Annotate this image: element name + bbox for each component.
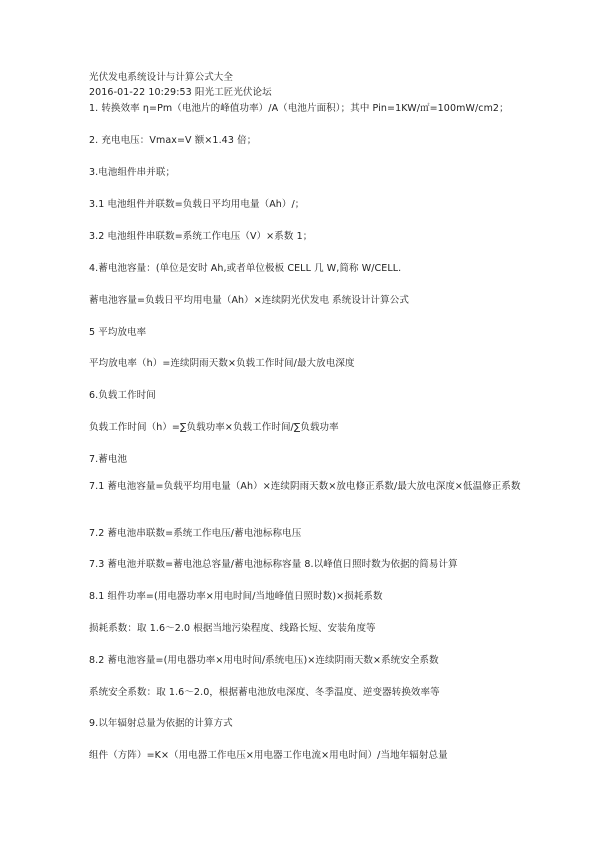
- document-page: 光伏发电系统设计与计算公式大全 2016-01-22 10:29:53 阳光工匠…: [0, 0, 596, 842]
- paragraph-4: 4.蓄电池容量：(单位是安时 Ah,或者单位极板 CELL 几 W,简称 W/C…: [89, 261, 529, 276]
- paragraph-4-formula: 蓄电池容量=负载日平均用电量（Ah）×连续阴光伏发电 系统设计计算公式: [89, 293, 529, 308]
- paragraph-7-2: 7.2 蓄电池串联数=系统工作电压/蓄电池标称电压: [89, 526, 529, 541]
- paragraph-5-formula: 平均放电率（h）=连续阴雨天数×负载工作时间/最大放电深度: [89, 356, 529, 371]
- paragraph-loss-factor: 损耗系数：取 1.6～2.0 根据当地污染程度、线路长短、安装角度等: [89, 621, 529, 636]
- paragraph-7: 7.蓄电池: [89, 452, 529, 467]
- document-meta: 2016-01-22 10:29:53 阳光工匠光伏论坛: [89, 85, 529, 100]
- paragraph-2: 2. 充电电压：Vmax=V 额×1.43 倍；: [89, 133, 529, 148]
- paragraph-7-3: 7.3 蓄电池并联数=蓄电池总容量/蓄电池标称容量 8.以峰值日照时数为依据的简…: [89, 557, 529, 572]
- paragraph-1: 1. 转换效率 η=Pm（电池片的峰值功率）/A（电池片面积）；其中 Pin=1…: [89, 101, 529, 116]
- paragraph-3-1: 3.1 电池组件并联数=负载日平均用电量（Ah）/；: [89, 197, 529, 212]
- document-title: 光伏发电系统设计与计算公式大全: [89, 70, 529, 85]
- paragraph-9: 9.以年辐射总量为依据的计算方式: [89, 716, 529, 731]
- paragraph-9-formula: 组件（方阵）=K×（用电器工作电压×用电器工作电流×用电时间）/当地年辐射总量: [89, 748, 529, 763]
- paragraph-8-1: 8.1 组件功率=(用电器功率×用电时间/当地峰值日照时数)×损耗系数: [89, 589, 529, 604]
- paragraph-6: 6.负载工作时间: [89, 388, 529, 403]
- paragraph-5: 5 平均放电率: [89, 325, 529, 340]
- paragraph-7-1: 7.1 蓄电池容量=负载平均用电量（Ah）×连续阴雨天数×放电修正系数/最大放电…: [89, 479, 529, 494]
- paragraph-safety-factor: 系统安全系数：取 1.6～2.0，根据蓄电池放电深度、冬季温度、逆变器转换效率等: [89, 685, 529, 700]
- paragraph-3-2: 3.2 电池组件串联数=系统工作电压（V）×系数 1；: [89, 229, 529, 244]
- paragraph-8-2: 8.2 蓄电池容量=(用电器功率×用电时间/系统电压)×连续阴雨天数×系统安全系…: [89, 653, 529, 668]
- paragraph-3: 3.电池组件串并联；: [89, 165, 529, 180]
- paragraph-6-formula: 负载工作时间（h）=∑负载功率×负载工作时间/∑负载功率: [89, 420, 529, 435]
